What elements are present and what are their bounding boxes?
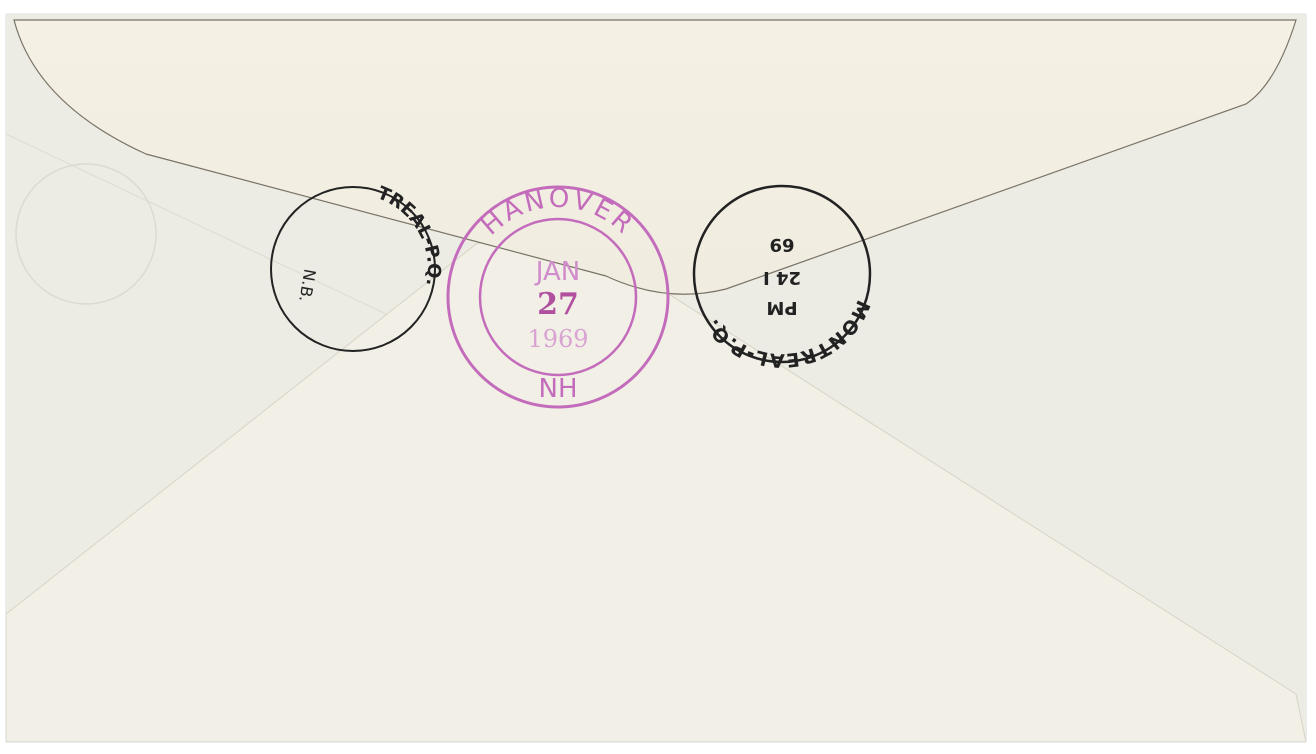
center-year: 1969 (527, 325, 588, 353)
svg-text:TREAL-P.Q.: TREAL-P.Q. (374, 183, 444, 288)
postmark-left: TREAL-P.Q. N.B. (268, 184, 438, 358)
center-state: NH (539, 374, 578, 404)
envelope-back: TREAL-P.Q. N.B. HANOVER JAN 27 1969 NH (6, 14, 1306, 742)
center-month: JAN (534, 257, 580, 287)
left-ring-text: TREAL-P.Q. (374, 183, 444, 288)
postmark-right: MONTREAL-P.Q. PM 24 I 69 (692, 184, 872, 368)
svg-text:HANOVER: HANOVER (476, 184, 640, 242)
right-time: 24 I (763, 267, 801, 288)
center-day: 27 (537, 287, 579, 322)
right-year: 69 (769, 234, 794, 255)
center-town: HANOVER (476, 184, 640, 242)
right-ampm: PM (766, 297, 797, 318)
left-extra-text: N.B. (295, 268, 319, 304)
postmark-center: HANOVER JAN 27 1969 NH (443, 182, 673, 416)
